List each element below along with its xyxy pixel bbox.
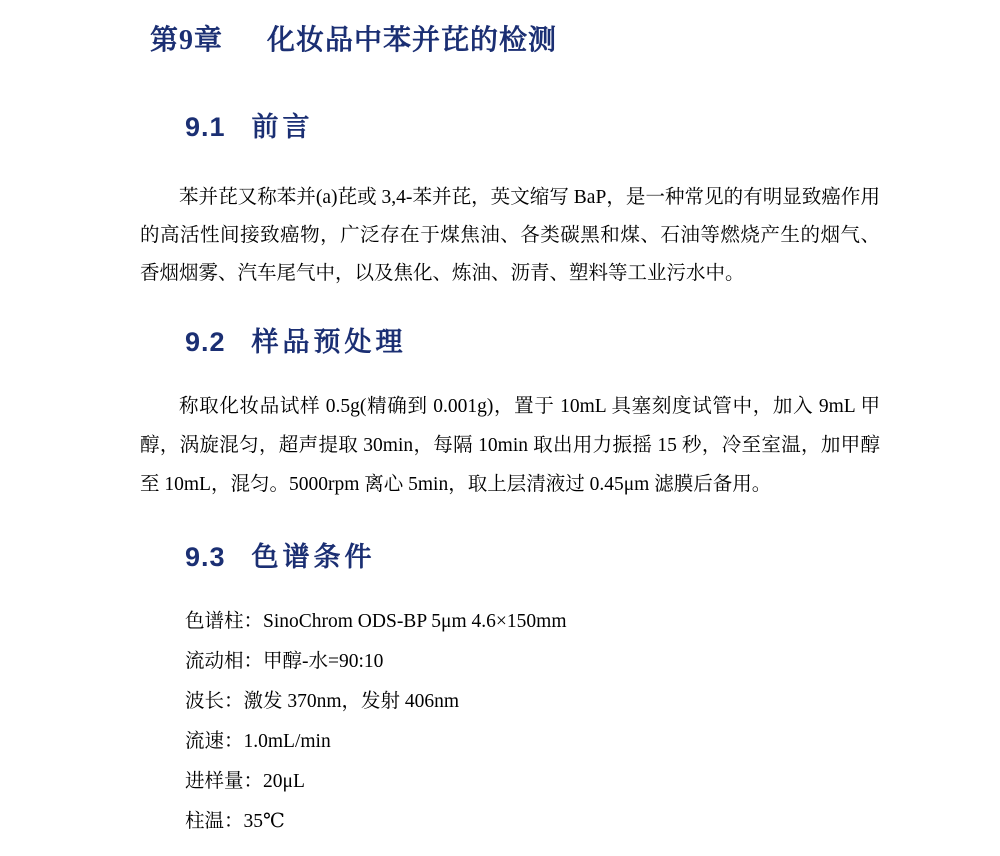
section-title: 前言	[252, 112, 314, 142]
document-page: 第9章化妆品中苯并芘的检测 9.1前言 苯并芘又称苯并(a)芘或 3,4-苯并芘…	[0, 0, 1000, 856]
chapter-number: 第9章	[150, 25, 223, 56]
section-heading-9-1: 9.1前言	[185, 105, 314, 144]
condition-injection-volume: 进样量：20μL	[185, 762, 567, 802]
condition-flow-rate: 流速：1.0mL/min	[185, 722, 567, 762]
condition-column: 色谱柱：SinoChrom ODS-BP 5μm 4.6×150mm	[185, 602, 567, 642]
section-title: 色谱条件	[252, 542, 376, 572]
section-number: 9.2	[185, 327, 226, 357]
condition-column-temperature: 柱温：35℃	[185, 802, 567, 842]
sample-prep-paragraph: 称取化妆品试样 0.5g(精确到 0.001g)，置于 10mL 具塞刻度试管中…	[140, 387, 880, 504]
intro-paragraph: 苯并芘又称苯并(a)芘或 3,4-苯并芘，英文缩写 BaP，是一种常见的有明显致…	[140, 179, 880, 293]
condition-wavelength: 波长：激发 370nm，发射 406nm	[185, 682, 567, 722]
section-heading-9-2: 9.2样品预处理	[185, 320, 407, 359]
chapter-heading: 第9章化妆品中苯并芘的检测	[150, 18, 557, 58]
section-title: 样品预处理	[252, 327, 407, 357]
chapter-title: 化妆品中苯并芘的检测	[267, 25, 557, 56]
condition-mobile-phase: 流动相：甲醇-水=90:10	[185, 642, 567, 682]
section-number: 9.3	[185, 542, 226, 572]
section-heading-9-3: 9.3色谱条件	[185, 535, 376, 574]
chromatography-conditions-list: 色谱柱：SinoChrom ODS-BP 5μm 4.6×150mm 流动相：甲…	[185, 602, 567, 842]
section-number: 9.1	[185, 112, 226, 142]
